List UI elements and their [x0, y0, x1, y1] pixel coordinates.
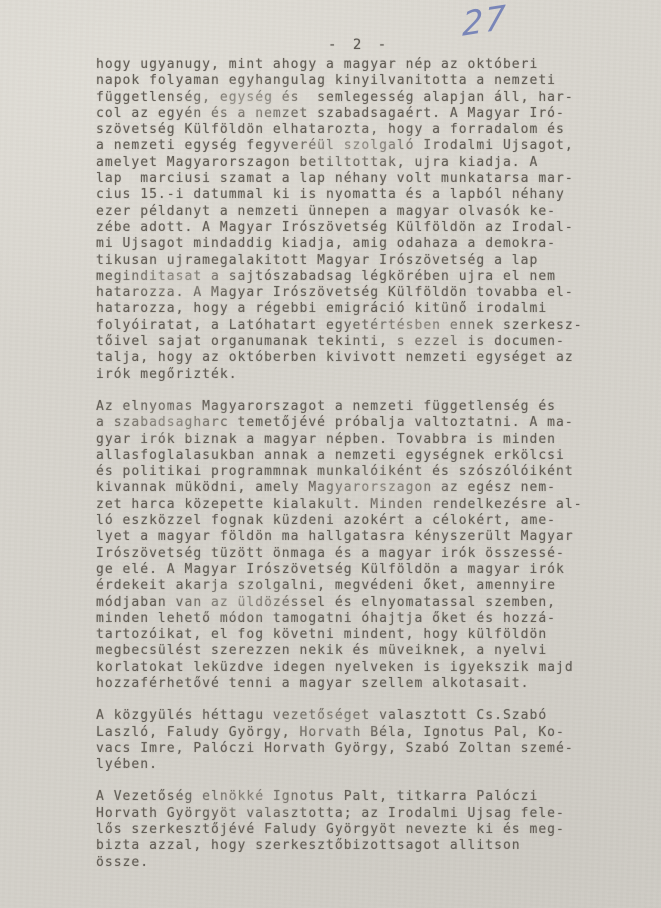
page-number: - 2 - [328, 37, 390, 53]
document-body: hogy ugyanugy, mint ahogy a magyar nép a… [96, 57, 588, 871]
handwritten-page-number: 27 [462, 0, 508, 41]
paragraph-officers-and-editor: A Vezetőség elnökké Ignotus Palt, titkar… [96, 789, 588, 870]
document-page: 27 - 2 - hogy ugyanugy, mint ahogy a mag… [0, 0, 661, 908]
paragraph-elected-leadership: A közgyülés héttagu vezetőséget valaszto… [96, 708, 588, 773]
paragraph-writers-association-resolution: hogy ugyanugy, mint ahogy a magyar nép a… [96, 57, 588, 383]
paragraph-oppression-and-goals: Az elnyomas Magyarorszagot a nemzeti füg… [96, 399, 588, 692]
